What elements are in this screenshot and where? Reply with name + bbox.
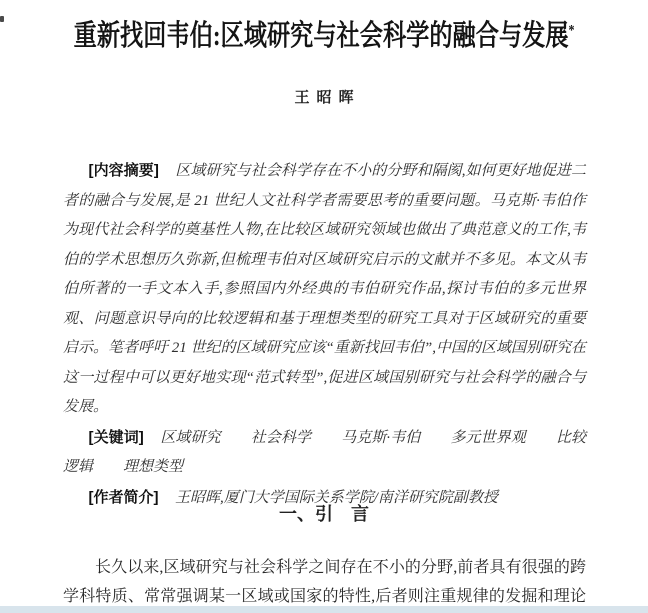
- body-paragraph: 长久以来,区域研究与社会科学之间存在不小的分野,前者具有很强的跨学科特质、常常强…: [63, 554, 586, 612]
- abstract-paragraph: [内容摘要]区域研究与社会科学存在不小的分野和隔阂,如何更好地促进二者的融合与发…: [63, 156, 586, 423]
- abstract-text: 区域研究与社会科学存在不小的分野和隔阂,如何更好地促进二者的融合与发展,是 21…: [63, 163, 586, 415]
- author-name: 王昭晖: [0, 86, 648, 107]
- page-bottom-strip: [0, 606, 648, 613]
- section-heading: 一、引 言: [0, 500, 648, 526]
- front-matter: [内容摘要]区域研究与社会科学存在不小的分野和隔阂,如何更好地促进二者的融合与发…: [63, 156, 586, 513]
- page-title: 重新找回韦伯:区域研究与社会科学的融合与发展*: [74, 13, 575, 54]
- abstract-label: [内容摘要]: [89, 162, 159, 179]
- keywords-paragraph: [关键词]区域研究 社会科学 马克斯·韦伯 多元世界观 比较逻辑 理想类型: [63, 423, 586, 483]
- keywords-label: [关键词]: [89, 429, 144, 446]
- page-title-text: 重新找回韦伯:区域研究与社会科学的融合与发展: [74, 20, 569, 52]
- title-block: 重新找回韦伯:区域研究与社会科学的融合与发展*: [0, 13, 648, 54]
- title-footnote-marker: *: [568, 22, 574, 38]
- paper-page: 重新找回韦伯:区域研究与社会科学的融合与发展* 王昭晖 [内容摘要]区域研究与社…: [0, 0, 648, 613]
